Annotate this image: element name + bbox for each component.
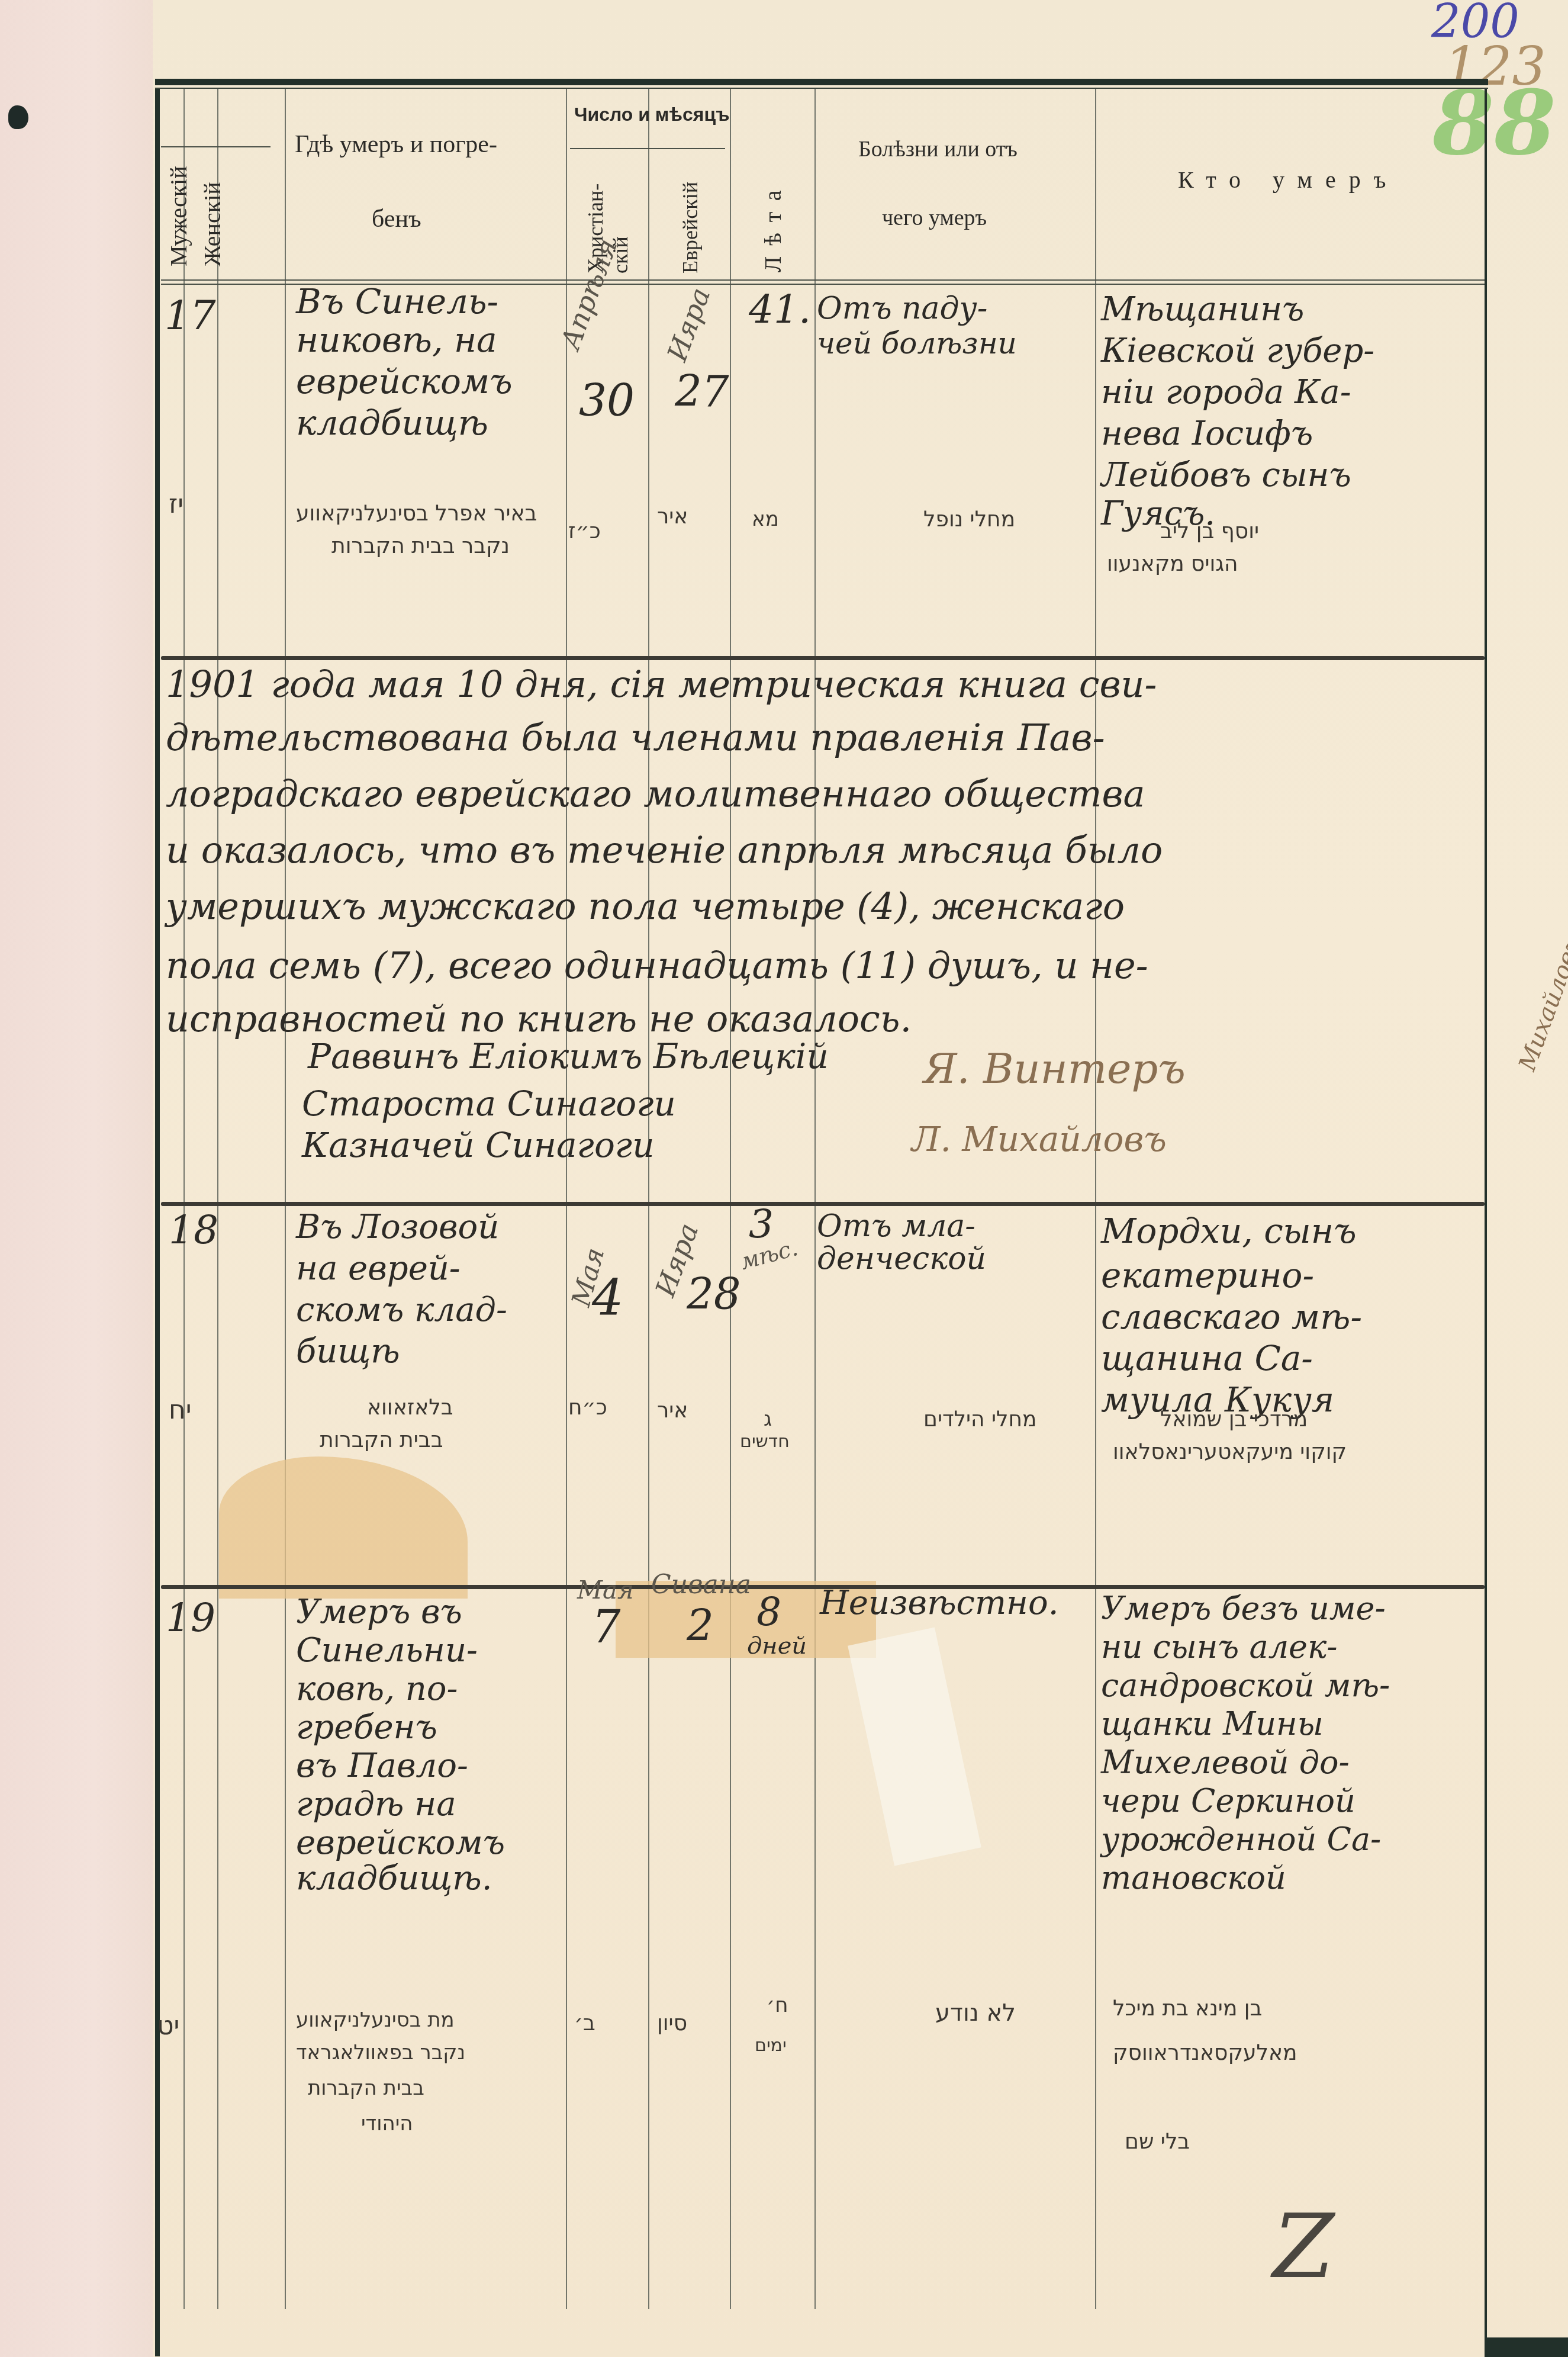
- place-hebrew: נקבר בפאוולאגראד: [296, 2043, 465, 2063]
- hdr-sub-rule: [161, 146, 271, 147]
- date-christian-day: 4: [592, 1273, 623, 1323]
- col-rule: [814, 89, 816, 2309]
- header-date-jewish: Еврейскій: [678, 155, 703, 274]
- who-hebrew: יוסף בן ליב: [1160, 521, 1259, 542]
- header-cause-line1: Болѣзни или отъ: [858, 136, 1018, 162]
- who-line: ніи города Ка-: [1101, 376, 1351, 409]
- place-line: бищѣ: [296, 1335, 400, 1368]
- date-hebrew: ב׳: [574, 2013, 595, 2034]
- date-hebrew: סיון: [657, 2013, 687, 2034]
- place-line: на еврей-: [296, 1252, 461, 1285]
- header-cause-line2: чего умеръ: [882, 205, 987, 231]
- cause-line: Неизвѣстно.: [820, 1587, 1058, 1620]
- header-place-line1: Гдѣ умеръ и погре-: [295, 130, 497, 159]
- who-line: Мѣщанинъ: [1101, 293, 1304, 326]
- header-bottom-rule: [161, 279, 1485, 281]
- place-line: никовѣ, на: [296, 323, 497, 357]
- place-line: Умеръ въ: [296, 1596, 462, 1629]
- place-line: ковѣ, по-: [296, 1673, 458, 1706]
- header-date-group: Число и мѣсяцъ: [574, 104, 729, 126]
- entry-number: 17: [165, 296, 216, 336]
- header-male: Мужескій: [165, 160, 192, 266]
- who-hebrew: בן מינא בת מיכל: [1113, 1998, 1262, 2020]
- header-who-died: Кто умеръ: [1178, 166, 1399, 194]
- who-hebrew: קוקוי מיעקאטערינאסלאוו: [1113, 1442, 1347, 1463]
- age: 41.: [749, 290, 811, 329]
- who-line: урожденной Са-: [1101, 1824, 1381, 1856]
- col-rule: [648, 89, 649, 2309]
- cert-line: пола семь (7), всего одиннадцать (11) ду…: [166, 947, 1148, 984]
- place-hebrew: באיר אפרל בסינעלניקאווע: [296, 503, 537, 525]
- signature-elder: Я. Винтеръ: [923, 1048, 1186, 1089]
- entry-number-hebrew: יט: [157, 2013, 179, 2039]
- entry-number: 19: [166, 1599, 215, 1638]
- who-line: нева Іосифъ: [1101, 417, 1313, 451]
- cause-hebrew: לא נודע: [935, 2001, 1016, 2025]
- place-hebrew: היהודי: [361, 2114, 413, 2134]
- place-hebrew: בבית הקברות: [320, 1430, 443, 1451]
- signatory-rabbi: Раввинъ Еліокимъ Бѣлецкій: [308, 1039, 829, 1073]
- who-hebrew: הגויס מקאנעוו: [1107, 554, 1238, 575]
- entry-number-hebrew: יז: [169, 491, 183, 517]
- cert-line: исправностей по книгѣ не оказалось.: [166, 1001, 912, 1037]
- who-line: Кіевской губер-: [1101, 335, 1374, 368]
- top-rule: [155, 79, 1488, 85]
- folio-number-green: 88: [1432, 71, 1556, 175]
- place-hebrew: נקבר בבית הקברות: [331, 536, 510, 557]
- place-line: кладбищѣ.: [296, 1862, 492, 1895]
- cause-line: Отъ паду-: [817, 293, 987, 324]
- entry-separator: [161, 656, 1485, 660]
- age-hebrew: מא: [752, 509, 779, 529]
- age: 3: [749, 1205, 774, 1244]
- who-line: сандровской мѣ-: [1101, 1670, 1390, 1702]
- place-hebrew: בלאזאווא: [367, 1397, 453, 1419]
- who-line: Умеръ безъ име-: [1101, 1593, 1386, 1625]
- place-line: Въ Лозовой: [296, 1211, 499, 1244]
- cause-hebrew: מחלי הילדים: [923, 1409, 1037, 1430]
- who-hebrew: מרדכי בן שמואל: [1160, 1409, 1308, 1430]
- date-hebrew: כ״ח: [568, 1397, 607, 1419]
- age-hebrew: ימים: [755, 2037, 787, 2054]
- top-rule-thin: [155, 88, 1488, 89]
- hdr-sub-rule: [570, 148, 725, 149]
- entry-separator: [161, 1202, 1485, 1206]
- date-hebrew: כ״ז: [568, 521, 601, 542]
- date-jewish-day: 28: [687, 1273, 741, 1316]
- place-line: Въ Синель-: [296, 284, 498, 319]
- date-hebrew: איר: [657, 1400, 688, 1422]
- signature-treasurer: Л. Михайловъ: [912, 1122, 1167, 1156]
- who-line: Михелевой до-: [1101, 1747, 1350, 1779]
- who-line: тановской: [1101, 1862, 1286, 1894]
- place-line: еврейскомъ: [296, 364, 513, 398]
- cert-line: 1901 года мая 10 дня, сія метрическая кн…: [166, 666, 1157, 703]
- who-line: чери Серкиной: [1101, 1785, 1356, 1817]
- who-line: славскаго мѣ-: [1101, 1300, 1362, 1334]
- age: 8: [756, 1593, 781, 1632]
- date-christian-day: 7: [592, 1604, 620, 1649]
- age-hebrew: חדשים: [740, 1433, 790, 1451]
- header-female: Женскій: [198, 160, 226, 266]
- date-jewish-day: 2: [687, 1604, 714, 1647]
- entry-number: 18: [169, 1211, 218, 1250]
- place-hebrew: בבית הקברות: [308, 2078, 424, 2098]
- age-hebrew: ג: [764, 1409, 772, 1429]
- place-line: гребенъ: [296, 1711, 437, 1744]
- entry-number-hebrew: יח: [169, 1397, 192, 1423]
- left-margin-paper: [0, 0, 155, 2357]
- date-christian-month: Мая: [577, 1578, 634, 1603]
- col-rule: [285, 89, 286, 2309]
- col-rule: [183, 89, 185, 2309]
- flourish-mark: Z: [1273, 2202, 1334, 2291]
- col-rule: [217, 89, 218, 2309]
- header-place-line2: бенъ: [372, 205, 421, 233]
- cause-line: чей болѣзни: [817, 329, 1017, 358]
- who-line: Мордхи, сынъ: [1101, 1214, 1357, 1248]
- cert-line: дѣтельствована была членами правленія Па…: [166, 719, 1105, 756]
- col-rule: [566, 89, 567, 2309]
- cause-hebrew: מחלי נופל: [923, 509, 1015, 530]
- who-line: щанки Мины: [1101, 1708, 1324, 1740]
- place-line: скомъ клад-: [296, 1294, 507, 1327]
- place-line: градѣ на: [296, 1788, 456, 1821]
- place-line: кладбищѣ: [296, 406, 488, 440]
- who-line: Лейбовъ сынъ: [1101, 459, 1351, 492]
- age-hebrew: ח׳: [767, 1995, 788, 2015]
- place-line: въ Павло-: [296, 1750, 468, 1783]
- place-line: Синельни-: [296, 1634, 478, 1667]
- cert-line: умершихъ мужскаго пола четыре (4), женск…: [166, 888, 1125, 925]
- bottom-corner-edge: [1485, 2337, 1568, 2357]
- who-line: щанина Са-: [1101, 1341, 1313, 1375]
- who-line: ни сынъ алек-: [1101, 1631, 1338, 1663]
- place-hebrew: מת בסינעלניקאווע: [296, 2010, 455, 2030]
- header-age: Лѣта: [759, 154, 787, 272]
- who-hebrew: בלי שם: [1125, 2131, 1190, 2153]
- col-rule: [730, 89, 731, 2309]
- who-line: екатерино-: [1101, 1258, 1314, 1292]
- place-line: еврейскомъ: [296, 1827, 505, 1860]
- signatory-elder: Староста Синагоги: [302, 1086, 676, 1121]
- cert-line: лоградскаго еврейскаго молитвеннаго обще…: [166, 776, 1145, 812]
- date-jewish-day: 27: [675, 370, 729, 413]
- date-christian-day: 30: [579, 379, 635, 423]
- col-rule: [1095, 89, 1096, 2309]
- signatory-treasurer: Казначей Синагоги: [302, 1128, 655, 1162]
- date-hebrew: איר: [657, 506, 688, 528]
- cause-line: Отъ мла-: [817, 1211, 975, 1242]
- age-unit: дней: [747, 1634, 807, 1658]
- binding-hole: [8, 105, 28, 129]
- date-jewish-month: Сивана: [651, 1572, 751, 1598]
- cert-line: и оказалось, что въ теченіе апрѣля мѣсяц…: [166, 832, 1163, 869]
- frame-right-border: [1485, 89, 1487, 2356]
- cause-line: денческой: [817, 1243, 986, 1274]
- who-hebrew: מאלעקסאנדראווסק: [1113, 2043, 1297, 2064]
